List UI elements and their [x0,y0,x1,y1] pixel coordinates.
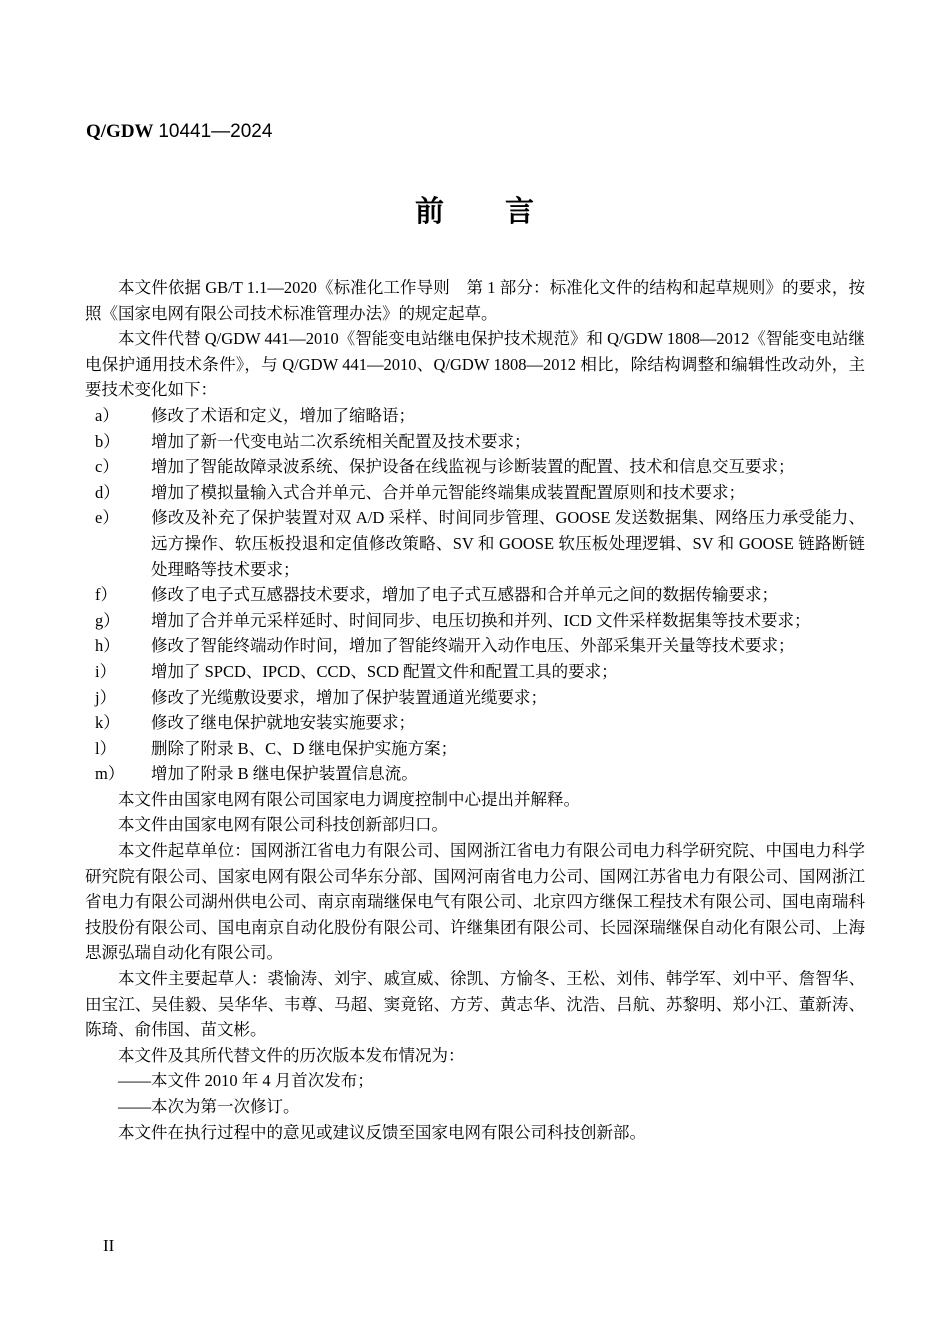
change-item-label: i） [95,659,151,685]
change-item-label: d） [95,480,151,506]
change-item: j）修改了光缆敷设要求，增加了保护装置通道光缆要求； [95,685,865,711]
change-item-label: e） [95,505,151,531]
change-item: e）修改及补充了保护装置对双 A/D 采样、时间同步管理、GOOSE 发送数据集… [95,505,865,582]
change-item: i）增加了 SPCD、IPCD、CCD、SCD 配置文件和配置工具的要求； [95,659,865,685]
change-item: a）修改了术语和定义，增加了缩略语； [95,403,865,429]
document-page: Q/GDW 10441—2024 前 言 本文件依据 GB/T 1.1—2020… [0,0,950,1344]
change-item-label: c） [95,454,151,480]
history-item: ——本次为第一次修订。 [85,1094,865,1120]
change-item: k）修改了继电保护就地安装实施要求； [95,710,865,736]
change-item-label: f） [95,582,151,608]
page-number: II [103,1236,114,1256]
change-item-label: j） [95,685,151,711]
change-item: f）修改了电子式互感器技术要求，增加了电子式互感器和合并单元之间的数据传输要求； [95,582,865,608]
change-item-label: l） [95,736,151,762]
change-item-label: k） [95,710,151,736]
history-intro-paragraph: 本文件及其所代替文件的历次版本发布情况为： [85,1043,865,1069]
change-item-label: m） [95,761,151,787]
change-item: g）增加了合并单元采样延时、时间同步、电压切换和并列、ICD 文件采样数据集等技… [95,608,865,634]
standard-number: 10441—2024 [158,121,272,142]
proposed-paragraph: 本文件由国家电网有限公司国家电力调度控制中心提出并解释。 [85,787,865,813]
drafting-units-paragraph: 本文件起草单位：国网浙江省电力有限公司、国网浙江省电力有限公司电力科学研究院、中… [85,838,865,966]
change-item: m）增加了附录 B 继电保护装置信息流。 [95,761,865,787]
standard-code: Q/GDW [86,121,154,142]
change-item-label: h） [95,633,151,659]
change-item-label: a） [95,403,151,429]
history-item: ——本文件 2010 年 4 月首次发布； [85,1068,865,1094]
change-item: c）增加了智能故障录波系统、保护设备在线监视与诊断装置的配置、技术和信息交互要求… [95,454,865,480]
changes-list: a）修改了术语和定义，增加了缩略语；b）增加了新一代变电站二次系统相关配置及技术… [85,403,865,787]
change-item: b）增加了新一代变电站二次系统相关配置及技术要求； [95,429,865,455]
change-item: l）删除了附录 B、C、D 继电保护实施方案； [95,736,865,762]
change-item: h）修改了智能终端动作时间，增加了智能终端开入动作电压、外部采集开关量等技术要求… [95,633,865,659]
drafters-paragraph: 本文件主要起草人：裘愉涛、刘宇、戚宣威、徐凯、方愉冬、王松、刘伟、韩学军、刘中平… [85,966,865,1043]
change-item: d）增加了模拟量输入式合并单元、合并单元智能终端集成装置配置原则和技术要求； [95,480,865,506]
foreword-body: 本文件依据 GB/T 1.1—2020《标准化工作导则 第 1 部分：标准化文件… [85,275,865,1145]
page-title: 前 言 [0,189,950,230]
change-item-label: b） [95,429,151,455]
replacement-paragraph: 本文件代替 Q/GDW 441—2010《智能变电站继电保护技术规范》和 Q/G… [85,326,865,403]
change-item-label: g） [95,608,151,634]
intro-paragraph: 本文件依据 GB/T 1.1—2020《标准化工作导则 第 1 部分：标准化文件… [85,275,865,326]
centralized-paragraph: 本文件由国家电网有限公司科技创新部归口。 [85,812,865,838]
document-number-header: Q/GDW 10441—2024 [86,121,272,143]
feedback-paragraph: 本文件在执行过程中的意见或建议反馈至国家电网有限公司科技创新部。 [85,1120,865,1146]
